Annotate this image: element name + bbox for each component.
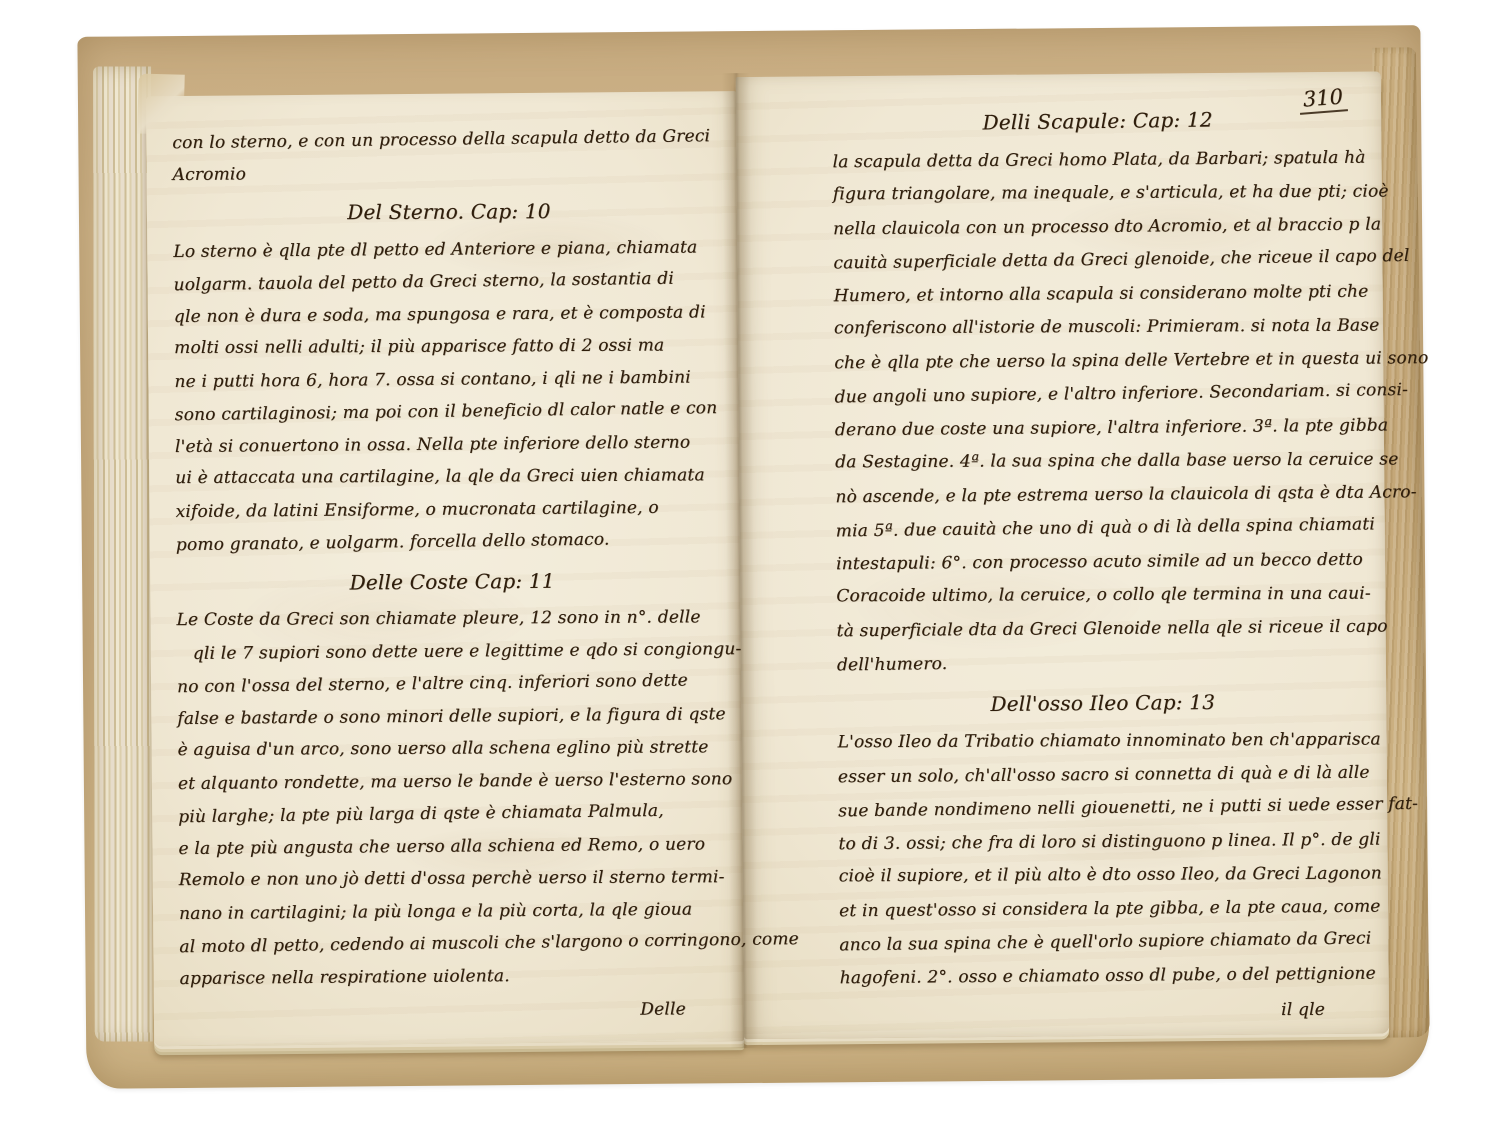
chapter-heading: Dell'osso Ileo Cap: 13 <box>837 684 1368 722</box>
handwritten-text: cioè il supiore, et il più alto è dto os… <box>839 857 1382 893</box>
handwritten-text: no con l'ossa del sterno, e l'altre cinq… <box>177 665 688 704</box>
handwritten-text: ne i putti hora 6, hora 7. ossa si conta… <box>174 361 691 398</box>
handwritten-text: dell'humero. <box>837 648 948 683</box>
handwritten-text: Humero, et intorno alla scapula si consi… <box>834 275 1369 313</box>
handwritten-text: da Sestagine. 4ª. la sua spina che dalla… <box>835 443 1398 479</box>
manuscript-line: due angoli uno supiore, e l'altro inferi… <box>834 374 1365 414</box>
handwritten-text: Delli Scapule: Cap: 12 <box>982 107 1213 135</box>
handwritten-text: hagofeni. 2°. osso e chiamato osso dl pu… <box>840 957 1377 995</box>
manuscript-line: L'osso Ileo da Tribatio chiamato innomin… <box>838 724 1369 760</box>
handwritten-text: mia 5ª. due cauità che uno di quà o di l… <box>836 508 1376 549</box>
manuscript-line: sue bande nondimeno nelli giouenetti, ne… <box>838 788 1369 828</box>
manuscript-line: Acromio <box>172 154 724 191</box>
handwritten-text: false e bastarde o sono minori delle sup… <box>177 698 726 735</box>
handwritten-text: Dell'osso Ileo Cap: 13 <box>990 689 1215 716</box>
handwritten-text: molti ossi nelli adulti; il più apparisc… <box>174 330 664 365</box>
handwritten-text: è aguisa d'un arco, sono uerso alla sche… <box>178 731 709 766</box>
handwritten-text: nano in cartilagini; la più longa e la p… <box>179 893 692 930</box>
manuscript-line: hagofeni. 2°. osso e chiamato osso dl pu… <box>840 957 1371 995</box>
handwritten-text: più larghe; la pte più larga di qste è c… <box>178 795 664 834</box>
handwritten-text: uolgarm. tauola del petto da Greci stern… <box>173 263 674 302</box>
right-page: 310 Delli Scapule: Cap: 12la scapula det… <box>736 72 1389 1040</box>
handwritten-text: to di 3. ossi; che fra di loro si distin… <box>838 823 1380 861</box>
manuscript-line: mia 5ª. due cauità che uno di quà o di l… <box>836 508 1367 548</box>
manuscript-line: derano due coste una supiore, l'altra in… <box>835 409 1366 447</box>
manuscript-line: e la pte più angusta che uerso alla schi… <box>178 828 730 865</box>
manuscript-line: pomo granato, e uolgarm. forcella dello … <box>176 522 728 562</box>
manuscript-line: Humero, et intorno alla scapula si consi… <box>834 275 1365 313</box>
handwritten-text: Delle <box>640 999 686 1019</box>
handwritten-text: l'età si conuertono in ossa. Nella pte i… <box>175 426 691 463</box>
handwritten-text: figura triangolare, ma inequale, e s'art… <box>833 175 1389 211</box>
chapter-heading: Del Sterno. Cap: 10 <box>173 194 725 229</box>
chapter-heading: Delle Coste Cap: 11 <box>176 563 728 600</box>
manuscript-line: false e bastarde o sono minori delle sup… <box>177 698 729 735</box>
manuscript-line: intestapuli: 6°. con processo acuto simi… <box>836 543 1367 581</box>
manuscript-line: cauità superficiale detta da Greci gleno… <box>833 241 1364 281</box>
manuscript-line: apparisce nella respiratione uiolenta. <box>179 958 731 995</box>
handwritten-text: qle non è dura e soda, ma spungosa e rar… <box>174 296 706 333</box>
manuscript-line: la scapula detta da Greci homo Plata, da… <box>832 141 1363 179</box>
right-page-text: Delli Scapule: Cap: 12la scapula detta d… <box>736 72 1389 1032</box>
handwritten-text: L'osso Ileo da Tribatio chiamato innomin… <box>838 724 1381 760</box>
manuscript-line: è aguisa d'un arco, sono uerso alla sche… <box>178 731 730 766</box>
handwritten-text: Acromio <box>172 158 246 191</box>
photo-background: con lo sterno, e con un processo della s… <box>0 0 1500 1125</box>
left-page-text: con lo sterno, e con un processo della s… <box>146 91 744 1030</box>
handwritten-text: Coracoide ultimo, la ceruice, o collo ql… <box>836 578 1371 614</box>
manuscript-line: dell'humero. <box>837 642 1368 682</box>
folio-number: 310 <box>1298 84 1348 115</box>
manuscript-line: conferiscono all'istorie de muscoli: Pri… <box>834 310 1365 346</box>
handwritten-text: Le Coste da Greci son chiamate pleure, 1… <box>176 601 700 636</box>
manuscript-line: qle non è dura e soda, ma spungosa e rar… <box>174 296 726 333</box>
manuscript-line: to di 3. ossi; che fra di loro si distin… <box>838 823 1369 861</box>
catchword: il qle <box>840 994 1371 1030</box>
handwritten-text: derano due coste una supiore, l'altra in… <box>835 409 1389 447</box>
handwritten-text: Del Sterno. Cap: 10 <box>347 199 551 225</box>
handwritten-text: il qle <box>1281 1000 1325 1020</box>
manuscript-line: ui è attaccata una cartilagine, la qle d… <box>175 459 727 494</box>
manuscript-line: anco la sua spina che è quell'orlo supio… <box>839 922 1370 962</box>
handwritten-text: Delle Coste Cap: 11 <box>350 568 555 595</box>
left-page: con lo sterno, e con un processo della s… <box>146 91 744 1046</box>
manuscript-book: con lo sterno, e con un processo della s… <box>77 19 1429 1103</box>
manuscript-line: l'età si conuertono in ossa. Nella pte i… <box>175 426 727 463</box>
handwritten-text: e la pte più angusta che uerso alla schi… <box>178 828 705 865</box>
catchword: Delle <box>180 993 732 1028</box>
manuscript-line: figura triangolare, ma inequale, e s'art… <box>833 176 1364 212</box>
page-edges-left <box>93 66 153 1041</box>
manuscript-line: da Sestagine. 4ª. la sua spina che dalla… <box>835 444 1366 480</box>
manuscript-line: Le Coste da Greci son chiamate pleure, 1… <box>176 601 728 636</box>
manuscript-line: cioè il supiore, et il più alto è dto os… <box>839 858 1370 894</box>
handwritten-text: intestapuli: 6°. con processo acuto simi… <box>836 543 1363 581</box>
manuscript-line: Coracoide ultimo, la ceruice, o collo ql… <box>836 578 1367 614</box>
handwritten-text: apparisce nella respiratione uiolenta. <box>179 960 509 995</box>
handwritten-text: Remolo e non uno jò detti d'ossa perchè … <box>179 861 725 896</box>
handwritten-text: la scapula detta da Greci homo Plata, da… <box>832 141 1365 179</box>
chapter-heading: Delli Scapule: Cap: 12 <box>832 102 1363 142</box>
handwritten-text: conferiscono all'istorie de muscoli: Pri… <box>834 310 1380 346</box>
handwritten-text: xifoide, da latini Ensiforme, o mucronat… <box>175 491 658 528</box>
handwritten-text: anco la sua spina che è quell'orlo supio… <box>839 922 1371 962</box>
handwritten-text: pomo granato, e uolgarm. forcella dello … <box>176 524 610 562</box>
manuscript-line: Remolo e non uno jò detti d'ossa perchè … <box>179 861 731 896</box>
handwritten-text: ui è attaccata una cartilagine, la qle d… <box>175 459 705 494</box>
manuscript-line: molti ossi nelli adulti; il più apparisc… <box>174 329 726 364</box>
